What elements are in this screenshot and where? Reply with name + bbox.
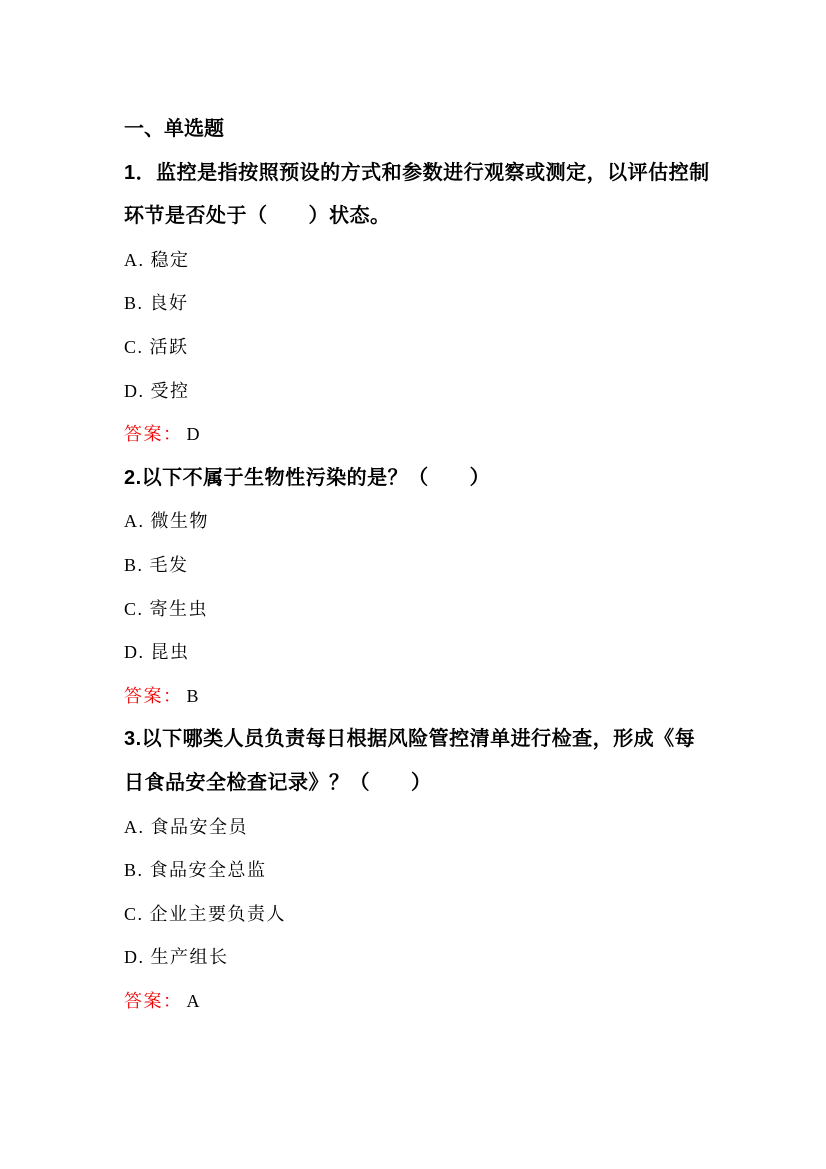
answer-value: D — [187, 424, 202, 444]
question-block-1: 1．监控是指按照预设的方式和参数进行观察或测定，以评估控制 环节是否处于（ ）状… — [124, 152, 716, 457]
question-3-option-b: B. 食品安全总监 — [124, 849, 716, 893]
answer-value: B — [187, 686, 201, 706]
question-2-answer-row: 答案：B — [124, 675, 716, 719]
question-1-option-a: A. 稳定 — [124, 239, 716, 283]
answer-label: 答案： — [124, 686, 183, 706]
question-2-option-d: D. 昆虫 — [124, 631, 716, 675]
question-1-text-line-2: 环节是否处于（ ）状态。 — [124, 195, 716, 239]
question-block-3: 3.以下哪类人员负责每日根据风险管控清单进行检查，形成《每 日食品安全检查记录》… — [124, 718, 716, 1023]
question-block-2: 2.以下不属于生物性污染的是？（ ） A. 微生物 B. 毛发 C. 寄生虫 D… — [124, 457, 716, 719]
question-3-option-d: D. 生产组长 — [124, 936, 716, 980]
question-3-option-a: A. 食品安全员 — [124, 806, 716, 850]
question-1-option-d: D. 受控 — [124, 370, 716, 414]
question-2-text-line-1: 2.以下不属于生物性污染的是？（ ） — [124, 457, 716, 501]
question-3-answer-row: 答案：A — [124, 980, 716, 1024]
answer-value: A — [187, 991, 202, 1011]
answer-label: 答案： — [124, 991, 183, 1011]
section-title: 一、单选题 — [124, 108, 716, 152]
question-1-answer-row: 答案：D — [124, 413, 716, 457]
question-1-option-b: B. 良好 — [124, 282, 716, 326]
question-3-text-line-2: 日食品安全检查记录》？（ ） — [124, 762, 716, 806]
answer-label: 答案： — [124, 424, 183, 444]
document-page: 一、单选题 1．监控是指按照预设的方式和参数进行观察或测定，以评估控制 环节是否… — [0, 0, 826, 1169]
question-1-text-line-1: 1．监控是指按照预设的方式和参数进行观察或测定，以评估控制 — [124, 152, 716, 196]
question-1-option-c: C. 活跃 — [124, 326, 716, 370]
question-2-option-b: B. 毛发 — [124, 544, 716, 588]
question-2-option-c: C. 寄生虫 — [124, 588, 716, 632]
question-2-option-a: A. 微生物 — [124, 500, 716, 544]
question-3-text-line-1: 3.以下哪类人员负责每日根据风险管控清单进行检查，形成《每 — [124, 718, 716, 762]
question-3-option-c: C. 企业主要负责人 — [124, 893, 716, 937]
